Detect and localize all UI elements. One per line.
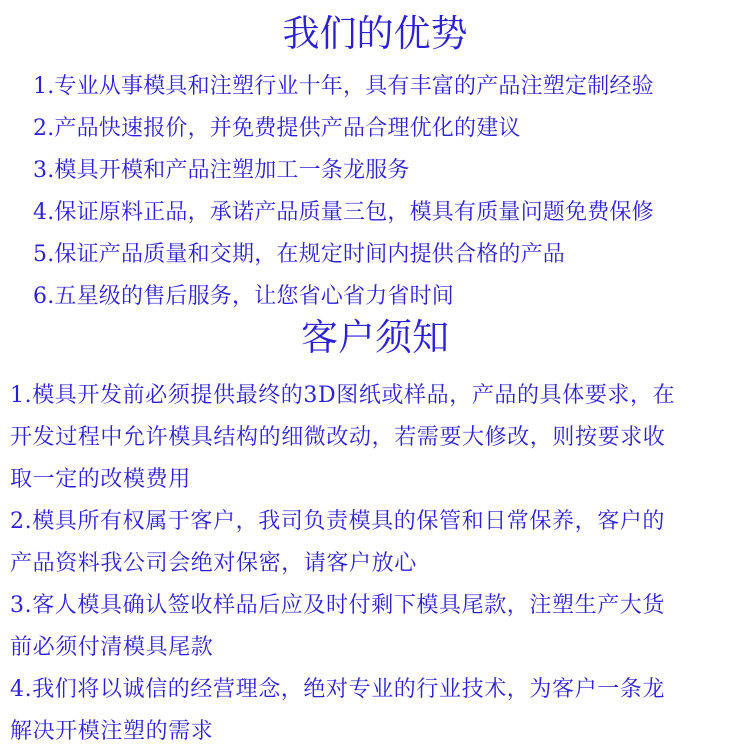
advantage-item: 5.保证产品质量和交期，在规定时间内提供合格的产品 — [33, 234, 654, 276]
advantage-item: 3.模具开模和产品注塑加工一条龙服务 — [33, 150, 654, 192]
advantages-list: 1.专业从事模具和注塑行业十年，具有丰富的产品注塑定制经验 2.产品快速报价，并… — [33, 66, 654, 318]
customer-note-item: 3.客人模具确认签收样品后应及时付剩下模具尾款，注塑生产大货 前必须付清模具尾款 — [10, 585, 735, 669]
note-line: 开发过程中允许模具结构的细微改动，若需要大修改，则按要求收 — [10, 417, 735, 459]
advantage-item: 2.产品快速报价，并免费提供产品合理优化的建议 — [33, 108, 654, 150]
advantage-item: 4.保证原料正品，承诺产品质量三包，模具有质量问题免费保修 — [33, 192, 654, 234]
customer-notes-title: 客户须知 — [0, 316, 750, 360]
note-line: 1.模具开发前必须提供最终的3D图纸或样品，产品的具体要求，在 — [10, 375, 735, 417]
customer-note-item: 4.我们将以诚信的经营理念，绝对专业的行业技术，为客户一条龙 解决开模注塑的需求 — [10, 669, 735, 750]
advantage-item: 6.五星级的售后服务，让您省心省力省时间 — [33, 276, 654, 318]
note-line: 取一定的改模费用 — [10, 459, 735, 501]
advantage-item: 1.专业从事模具和注塑行业十年，具有丰富的产品注塑定制经验 — [33, 66, 654, 108]
note-line: 4.我们将以诚信的经营理念，绝对专业的行业技术，为客户一条龙 — [10, 669, 735, 711]
note-line: 前必须付清模具尾款 — [10, 627, 735, 669]
note-line: 2.模具所有权属于客户，我司负责模具的保管和日常保养，客户的 — [10, 501, 735, 543]
note-line: 3.客人模具确认签收样品后应及时付剩下模具尾款，注塑生产大货 — [10, 585, 735, 627]
customer-note-item: 1.模具开发前必须提供最终的3D图纸或样品，产品的具体要求，在 开发过程中允许模… — [10, 375, 735, 501]
note-line: 解决开模注塑的需求 — [10, 711, 735, 750]
customer-notes-list: 1.模具开发前必须提供最终的3D图纸或样品，产品的具体要求，在 开发过程中允许模… — [10, 375, 735, 750]
advantages-title: 我们的优势 — [0, 12, 750, 56]
note-line: 产品资料我公司会绝对保密，请客户放心 — [10, 543, 735, 585]
customer-note-item: 2.模具所有权属于客户，我司负责模具的保管和日常保养，客户的 产品资料我公司会绝… — [10, 501, 735, 585]
